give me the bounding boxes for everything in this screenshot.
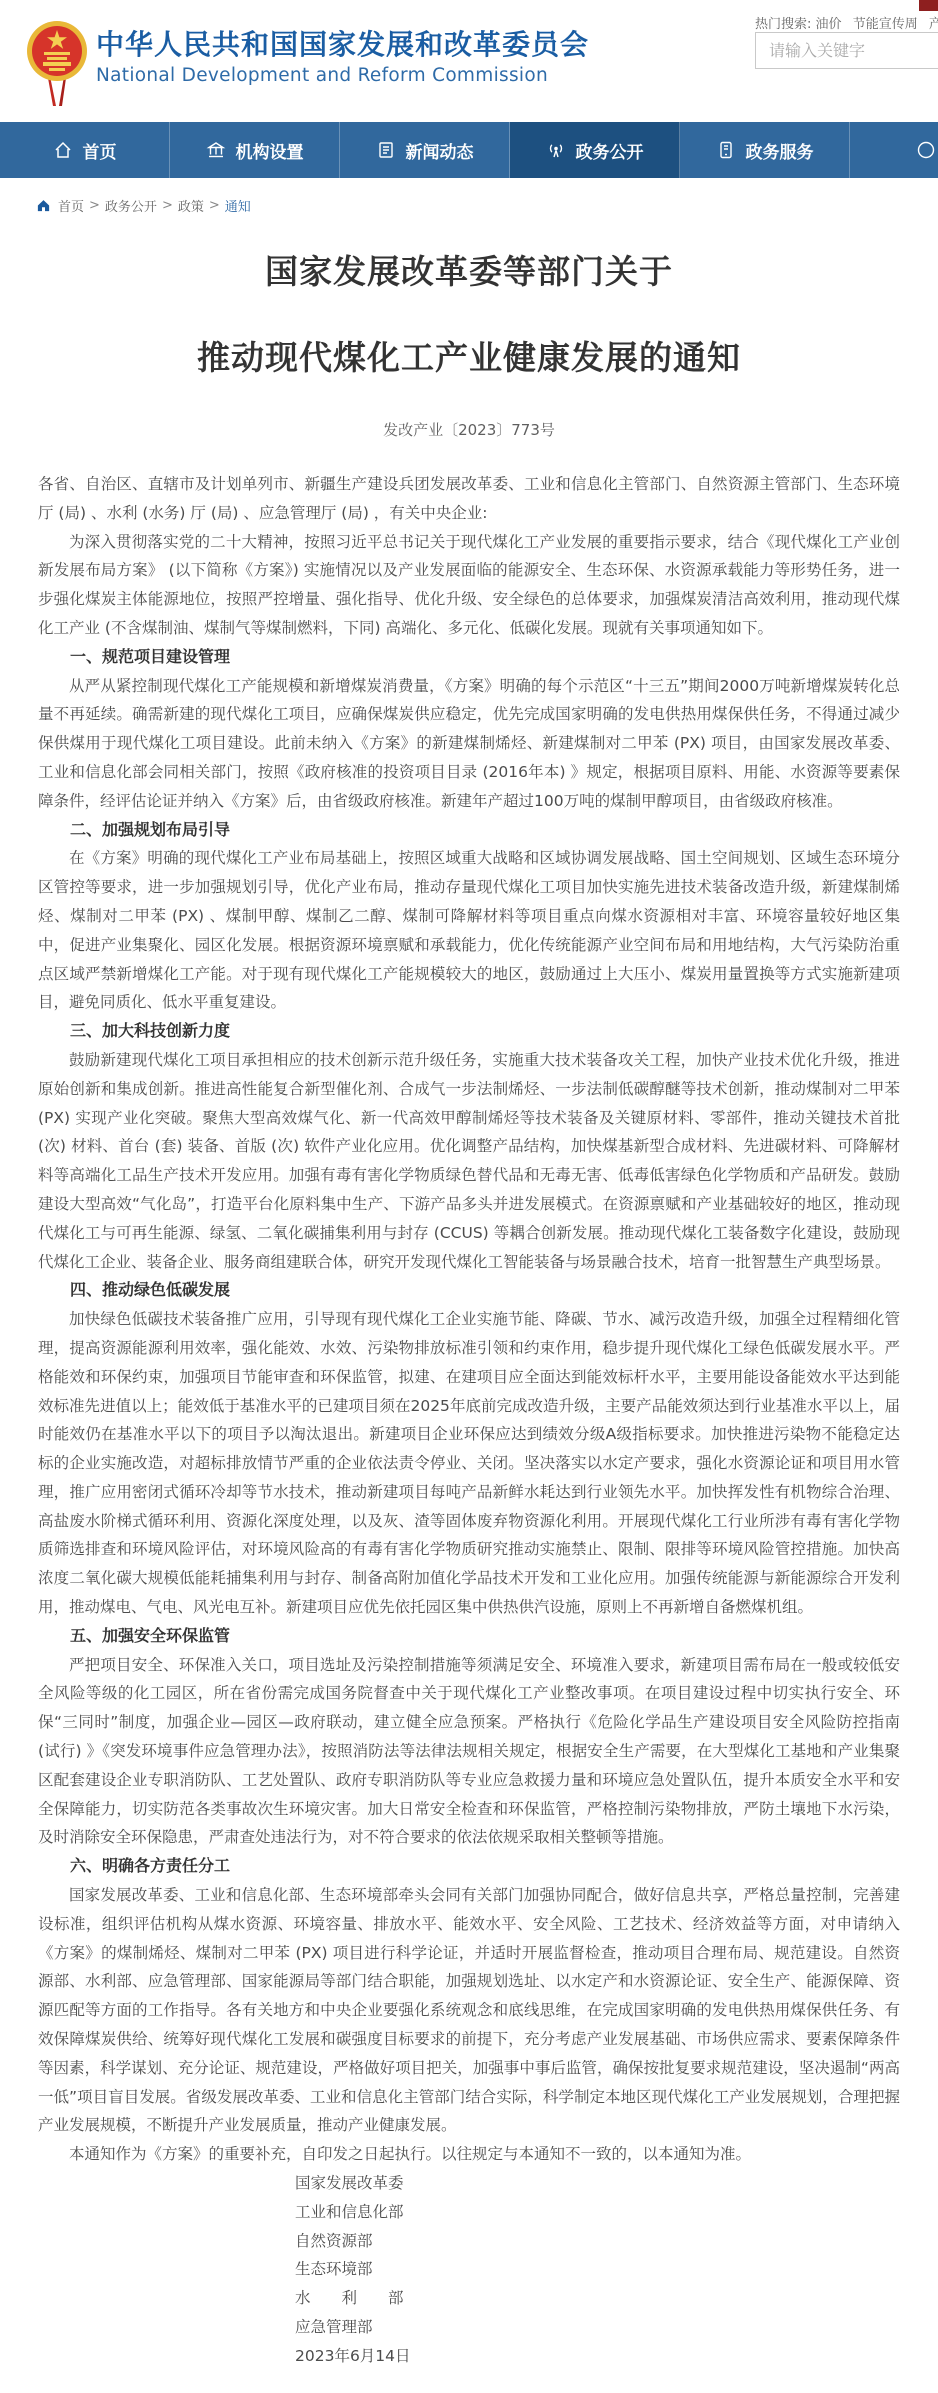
closing-paragraph: 本通知作为《方案》的重要补充，自印发之日起执行。以往规定与本通知不一致的，以本通… [38, 2140, 900, 2169]
document-icon [716, 140, 736, 160]
hot-search-label: 热门搜索: [755, 17, 811, 32]
signer: 工业和信息化部 [295, 2198, 900, 2227]
nav-item-organization[interactable]: 机构设置 [170, 122, 340, 178]
nav-item-label: 政务服务 [746, 138, 814, 163]
signer: 自然资源部 [295, 2227, 900, 2256]
nav-item-home[interactable]: 首页 [0, 122, 170, 178]
section-1-paragraph: 从严从紧控制现代煤化工产能规模和新增煤炭消费量，《方案》明确的每个示范区“十三五… [38, 672, 900, 816]
nav-item-news[interactable]: 新闻动态 [340, 122, 510, 178]
breadcrumb: 首页 > 政务公开 > 政策 > 通知 [0, 178, 938, 215]
document-title-line1: 国家发展改革委等部门关于 [38, 249, 900, 295]
nav-item-label: 政务公开 [576, 138, 644, 163]
breadcrumb-policy[interactable]: 政策 [178, 196, 204, 215]
home-icon [53, 140, 73, 160]
section-6-paragraph: 国家发展改革委、工业和信息化部、生态环境部牵头会同有关部门加强协同配合，做好信息… [38, 1881, 900, 2140]
section-3-heading: 三、加大科技创新力度 [38, 1017, 900, 1046]
national-emblem-logo [26, 20, 88, 112]
breadcrumb-home[interactable]: 首页 [58, 196, 84, 215]
section-3-paragraph: 鼓励新建现代煤化工项目承担相应的技术创新示范升级任务，实施重大技术装备攻关工程，… [38, 1046, 900, 1276]
intro-paragraph: 为深入贯彻落实党的二十大精神，按照习近平总书记关于现代煤化工产业发展的重要指示要… [38, 528, 900, 643]
breadcrumb-current-notice[interactable]: 通知 [225, 196, 251, 215]
nav-item-label: 首页 [83, 138, 117, 163]
corner-red-decoration [919, 0, 938, 11]
nav-item-label: 新闻动态 [406, 138, 474, 163]
section-2-heading: 二、加强规划布局引导 [38, 816, 900, 845]
breadcrumb-separator: > [209, 198, 220, 213]
document-title-line2: 推动现代煤化工产业健康发展的通知 [38, 335, 900, 381]
section-5-heading: 五、加强安全环保监管 [38, 1622, 900, 1651]
news-icon [376, 140, 396, 160]
document-title: 国家发展改革委等部门关于 推动现代煤化工产业健康发展的通知 [38, 249, 900, 381]
article-main: 国家发展改革委等部门关于 推动现代煤化工产业健康发展的通知 发改产业〔2023〕… [0, 249, 938, 2393]
signer: 生态环境部 [295, 2255, 900, 2284]
site-title-cn: 中华人民共和国国家发展和改革委员会 [96, 28, 589, 62]
nav-item-gov-disclosure[interactable]: 政务公开 [510, 122, 680, 178]
breadcrumb-separator: > [162, 198, 173, 213]
signer: 水 利 部 [295, 2284, 900, 2313]
nav-item-gov-services[interactable]: 政务服务 [680, 122, 850, 178]
site-titles: 中华人民共和国国家发展和改革委员会 National Development a… [96, 28, 589, 86]
breadcrumb-home-icon [36, 198, 51, 213]
breadcrumb-separator: > [89, 198, 100, 213]
hot-search-bar: 热门搜索: 油价 节能宣传周 产业结构 [755, 13, 938, 32]
section-4-paragraph: 加快绿色低碳技术装备推广应用，引导现有现代煤化工企业实施节能、降碳、节水、减污改… [38, 1305, 900, 1622]
section-2-paragraph: 在《方案》明确的现代煤化工产业布局基础上，按照区域重大战略和区域协调发展战略、国… [38, 844, 900, 1017]
breadcrumb-gov-disclosure[interactable]: 政务公开 [105, 196, 157, 215]
search-input[interactable] [756, 33, 938, 68]
site-header: 中华人民共和国国家发展和改革委员会 National Development a… [0, 0, 938, 122]
section-6-heading: 六、明确各方责任分工 [38, 1852, 900, 1881]
document-body: 各省、自治区、直辖市及计划单列市、新疆生产建设兵团发展改革委、工业和信息化主管部… [38, 470, 900, 2371]
search-box [755, 32, 938, 69]
signer: 应急管理部 [295, 2313, 900, 2342]
site-title-en: National Development and Reform Commissi… [96, 65, 589, 86]
signature-date: 2023年6月14日 [295, 2342, 900, 2371]
signer: 国家发展改革委 [295, 2169, 900, 2198]
bank-icon [206, 140, 226, 160]
nav-item-partial[interactable] [850, 122, 938, 178]
section-5-paragraph: 严把项目安全、环保准入关口，项目选址及污染控制措施等须满足安全、环境准入要求，新… [38, 1651, 900, 1853]
document-number: 发改产业〔2023〕773号 [38, 419, 900, 440]
circle-icon [916, 140, 936, 160]
salutation-paragraph: 各省、自治区、直辖市及计划单列市、新疆生产建设兵团发展改革委、工业和信息化主管部… [38, 470, 900, 528]
hot-search-link-energy-week[interactable]: 节能宣传周 [853, 17, 918, 32]
nav-item-label: 机构设置 [236, 138, 304, 163]
broadcast-icon [546, 140, 566, 160]
section-1-heading: 一、规范项目建设管理 [38, 643, 900, 672]
page: 中华人民共和国国家发展和改革委员会 National Development a… [0, 0, 938, 2393]
section-4-heading: 四、推动绿色低碳发展 [38, 1276, 900, 1305]
hot-search-link-industry-structure[interactable]: 产业结构 [929, 17, 938, 32]
main-nav: 首页 机构设置 新闻动态 [0, 122, 938, 178]
signature-block: 国家发展改革委 工业和信息化部 自然资源部 生态环境部 水 利 部 应急管理部 … [295, 2169, 900, 2371]
hot-search-link-oil-price[interactable]: 油价 [816, 17, 842, 32]
